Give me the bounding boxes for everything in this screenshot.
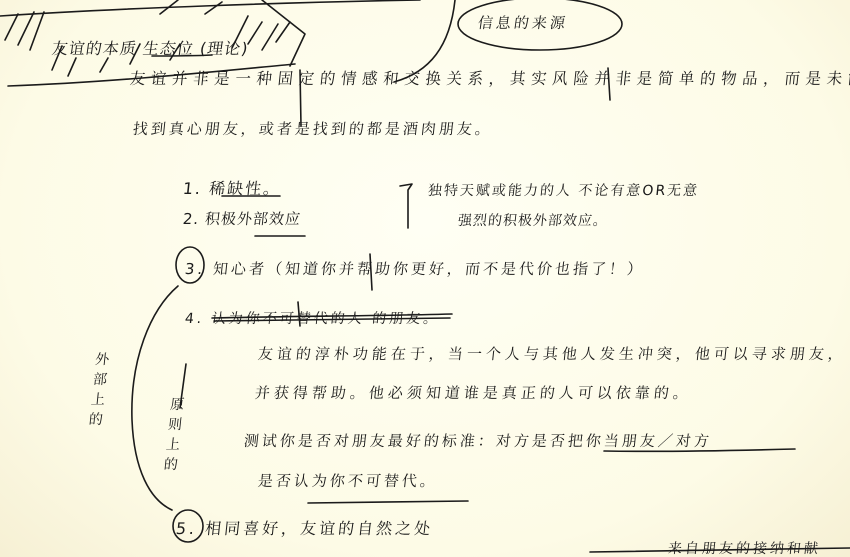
item-text: 积极外部效应 [204,210,302,228]
note-title: 友谊的本质 生态位 (理论) [50,36,250,59]
item-number: 1. [182,179,203,198]
list-item-3: 3. 知心者（知道你并帮助你更好，而不是代价也指了！） [184,258,646,279]
item-number: 3. [184,260,206,278]
side-note-line-1: 独特天赋或能力的人 不论有意OR无意 [427,180,700,200]
bottom-cutoff-text: 来自朋友的接纳和献 [667,538,822,557]
notebook-page: 友谊的本质 生态位 (理论) 信息的来源 友谊并非是一种固定的情感和交换关系，其… [0,0,850,557]
list-item-5: 5. 相同喜好，友谊的自然之处 [175,516,435,539]
item-text: 认为你不可替代的人 的朋友。 [211,311,441,327]
margin-label-middle: 原则上的 [161,395,187,475]
item-number: 2. [182,210,200,228]
intro-line-2: 找到真心朋友，或者是找到的都是酒肉朋友。 [132,118,494,139]
list-item-2: 2. 积极外部效应 [182,208,302,229]
item4-detail-line: 测试你是否对朋友最好的标准：对方是否把你当朋友／对方 [243,430,713,451]
side-note-line-2: 强烈的积极外部效应。 [457,210,609,230]
source-bubble-label: 信息的来源 [477,12,570,33]
intro-line-1: 友谊并非是一种固定的情感和交换关系，其实风险并非是简单的物品，而是未能 [129,66,850,89]
item-text: 稀缺性。 [208,179,282,198]
item-text: 相同喜好，友谊的自然之处 [204,519,434,538]
item4-detail-line: 友谊的淳朴功能在于，当一个人与其他人发生冲突，他可以寻求朋友， [257,343,848,364]
margin-label-left: 外部上的 [86,350,112,430]
item-number: 5. [175,519,198,538]
item-text: 知心者（知道你并帮助你更好，而不是代价也指了！） [212,260,646,278]
item-number: 4. [184,311,205,327]
item4-detail-line: 是否认为你不可替代。 [257,470,439,491]
item4-detail-line: 并获得帮助。他必须知道谁是真正的人可以依靠的。 [254,382,693,403]
list-item-4: 4. 认为你不可替代的人 的朋友。 [184,308,441,328]
list-item-1: 1. 稀缺性。 [182,176,283,199]
